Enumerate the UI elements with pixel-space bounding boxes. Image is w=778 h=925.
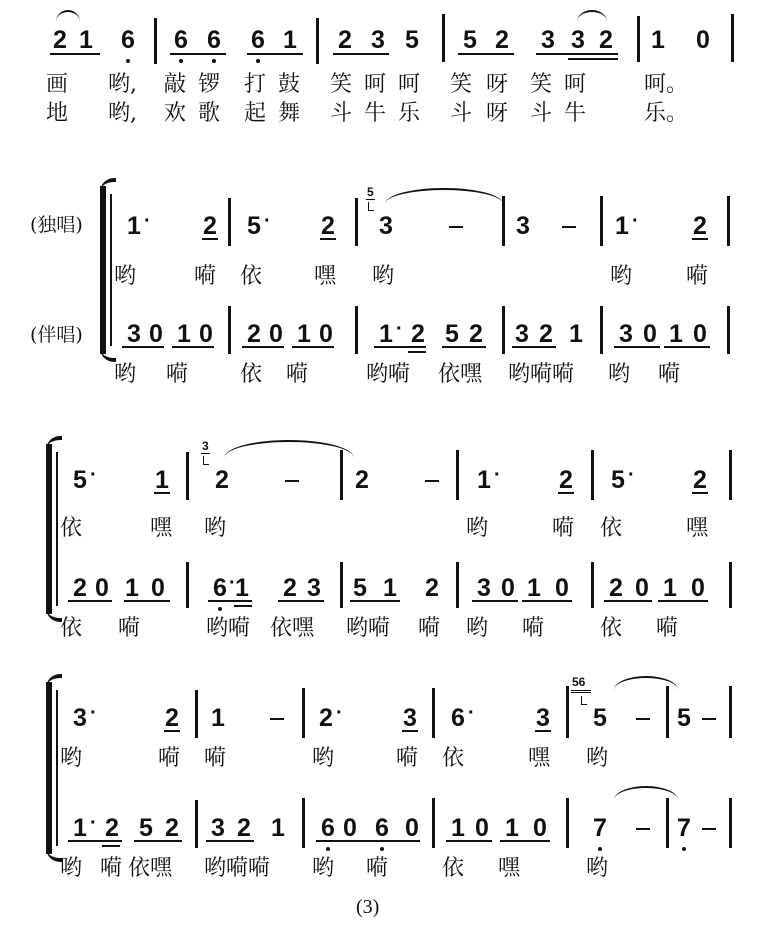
extension-dash: [285, 480, 299, 482]
note: 2: [316, 704, 336, 732]
barline: [502, 196, 505, 246]
lyric: 嗬: [194, 264, 216, 290]
underline: [292, 346, 334, 348]
lyric: 哟: [466, 516, 488, 542]
underline: [234, 605, 252, 607]
grace-underline: [571, 692, 591, 693]
note: 0: [472, 814, 492, 842]
augmentation-dot: ·: [90, 702, 97, 725]
note: 2: [50, 26, 70, 54]
underline: [102, 845, 120, 847]
lyric: 舞: [278, 101, 300, 127]
note: 5: [442, 320, 462, 348]
barline: [729, 562, 732, 608]
underline: [446, 840, 492, 842]
note: 2: [162, 814, 182, 842]
lyric: 牛: [564, 101, 586, 127]
lyric: 嗬: [366, 856, 388, 882]
system-bracket: [100, 186, 106, 354]
lyric: 锣: [198, 72, 220, 98]
grace-underline: [571, 690, 591, 691]
underline: [208, 600, 252, 602]
underline: [472, 600, 518, 602]
lyric: 依: [60, 516, 82, 542]
lyric: 哟: [312, 746, 334, 772]
note: 5: [590, 704, 610, 732]
lyric: 斗: [530, 101, 552, 127]
lyric: 乐。: [644, 101, 688, 127]
grace-hook: [368, 202, 374, 211]
underline: [242, 346, 284, 348]
note: 2: [556, 466, 576, 494]
barline: [228, 306, 231, 354]
lyric: 地: [46, 101, 68, 127]
barline: [727, 196, 730, 246]
barline: [600, 306, 603, 354]
lyric: 哟嗬: [206, 616, 250, 642]
note: 0: [632, 574, 652, 602]
note: 0: [552, 574, 572, 602]
note: 1: [208, 704, 228, 732]
lyric: 嗬: [118, 616, 140, 642]
lyric: 哟: [586, 856, 608, 882]
lyric: 哟,: [108, 101, 137, 127]
underline: [374, 346, 426, 348]
note: 5: [674, 704, 694, 732]
underline: [536, 53, 618, 55]
barline: [731, 14, 734, 62]
lyric: 依: [442, 856, 464, 882]
barline: [316, 18, 319, 64]
grace-hook: [581, 696, 587, 705]
lyric: 乐: [398, 101, 420, 127]
lyric: 嘿: [686, 516, 708, 542]
grace-hook: [203, 456, 209, 465]
lyric: 嘿: [150, 516, 172, 542]
note: 0: [148, 574, 168, 602]
note: 3: [568, 26, 588, 54]
note: 1: [612, 212, 632, 240]
lyric: 嗬: [396, 746, 418, 772]
lyric: 嗬: [552, 516, 574, 542]
note: 3: [538, 26, 558, 54]
underline: [614, 346, 660, 348]
tie: [385, 188, 503, 204]
note: 5: [350, 574, 370, 602]
lyric: 呵: [398, 72, 420, 98]
lyric: 哟,: [108, 72, 137, 98]
lyric: 嗬: [158, 746, 180, 772]
part-label-solo: (独唱): [30, 210, 83, 237]
barline: [666, 686, 669, 738]
lyric: 依嘿: [438, 362, 482, 388]
extension-dash: [636, 828, 650, 830]
lyric: 哟: [466, 616, 488, 642]
lyric: 敲: [164, 72, 186, 98]
note: 1: [232, 574, 252, 602]
lyric: 画: [46, 72, 68, 98]
extension-dash: [636, 718, 650, 720]
lyric: 哟: [372, 264, 394, 290]
lyric: 笑: [530, 72, 552, 98]
augmentation-dot: ·: [336, 702, 343, 725]
barline: [591, 562, 594, 608]
note: 0: [498, 574, 518, 602]
note: 0: [146, 320, 166, 348]
barline: [456, 450, 459, 500]
note: 3: [124, 320, 144, 348]
note: 1: [648, 26, 668, 54]
underline: [68, 840, 122, 842]
barline: [600, 196, 603, 246]
note: 6: [171, 26, 191, 54]
barline: [186, 452, 189, 500]
lyric: 哟嗬嗬: [508, 362, 574, 388]
note: 0: [402, 814, 422, 842]
lyric: 嗬: [418, 616, 440, 642]
note: 1: [124, 212, 144, 240]
note: 2: [422, 574, 442, 602]
note: 3: [368, 26, 388, 54]
note: 2: [102, 814, 122, 842]
lyric: 哟: [312, 856, 334, 882]
note: 0: [316, 320, 336, 348]
note: 1: [524, 574, 544, 602]
underline: [206, 840, 254, 842]
barline: [566, 686, 569, 738]
underline: [692, 492, 708, 494]
note: 3: [533, 704, 553, 732]
lyric: 依: [240, 362, 262, 388]
barline: [154, 18, 157, 64]
augmentation-dot: ·: [264, 210, 271, 233]
lyric: 嘿: [314, 264, 336, 290]
barline: [432, 798, 435, 848]
barline: [195, 800, 198, 848]
underline: [458, 53, 514, 55]
augmentation-dot: ·: [144, 210, 151, 233]
note: 3: [616, 320, 636, 348]
underline: [316, 840, 420, 842]
barline: [591, 450, 594, 500]
lyric: 嗬: [100, 856, 122, 882]
note: 6: [204, 26, 224, 54]
note: 1: [268, 814, 288, 842]
note: 6: [318, 814, 338, 842]
lyric: 笑: [330, 72, 352, 98]
note: 3: [474, 574, 494, 602]
note: 0: [92, 574, 112, 602]
note: 2: [244, 320, 264, 348]
barline: [355, 198, 358, 246]
note: 2: [200, 212, 220, 240]
extension-dash: [270, 718, 284, 720]
note: 3: [70, 704, 90, 732]
barline: [186, 562, 189, 608]
note: 0: [690, 320, 710, 348]
underline: [558, 492, 574, 494]
underline: [522, 600, 572, 602]
note: 0: [688, 574, 708, 602]
underline: [350, 600, 400, 602]
barline: [637, 16, 640, 62]
note: 1: [122, 574, 142, 602]
note: 2: [234, 814, 254, 842]
lyric: 斗: [450, 101, 472, 127]
lyric: 依: [442, 746, 464, 772]
underline: [408, 351, 426, 353]
underline: [122, 346, 164, 348]
note: 3: [513, 212, 533, 240]
note: 6: [248, 26, 268, 54]
lyric: 哟: [60, 856, 82, 882]
lyric: 依: [240, 264, 262, 290]
augmentation-dot: ·: [90, 812, 97, 835]
underline: [50, 53, 100, 55]
underline: [333, 53, 389, 55]
note: 6: [448, 704, 468, 732]
underline: [442, 346, 486, 348]
note: 0: [340, 814, 360, 842]
tie: [224, 440, 354, 458]
lyric: 嗬: [204, 746, 226, 772]
note: 1: [448, 814, 468, 842]
lyric: 哟: [608, 362, 630, 388]
grace-note: 56: [572, 676, 585, 688]
lyric: 依嘿: [128, 856, 172, 882]
augmentation-dot: ·: [90, 464, 97, 487]
underline: [604, 600, 652, 602]
note: 3: [376, 212, 396, 240]
underline: [247, 53, 303, 55]
page-number: (3): [356, 896, 379, 919]
barline: [729, 686, 732, 738]
lyric: 哟: [586, 746, 608, 772]
underline: [154, 492, 170, 494]
underline: [170, 53, 226, 55]
underline: [500, 840, 550, 842]
underline: [320, 238, 336, 240]
note: 2: [606, 574, 626, 602]
barline: [302, 688, 305, 738]
note: 0: [693, 26, 713, 54]
underline: [278, 600, 324, 602]
barline: [355, 306, 358, 354]
lyric: 斗: [330, 101, 352, 127]
barline: [442, 14, 445, 62]
note: 5: [608, 466, 628, 494]
note: 5: [244, 212, 264, 240]
lyric: 哟嗬: [346, 616, 390, 642]
note: 2: [335, 26, 355, 54]
lyric: 哟: [114, 264, 136, 290]
barline: [432, 688, 435, 738]
underline: [172, 346, 214, 348]
barline: [502, 306, 505, 354]
lyric: 依嘿: [270, 616, 314, 642]
note: 6: [372, 814, 392, 842]
underline: [402, 730, 418, 732]
note: 1: [660, 574, 680, 602]
note: 3: [512, 320, 532, 348]
augmentation-dot: ·: [628, 464, 635, 487]
note: 5: [402, 26, 422, 54]
lyric: 嗬: [686, 264, 708, 290]
lyric: 笑: [450, 72, 472, 98]
barline: [302, 798, 305, 848]
note: 1: [566, 320, 586, 348]
note: 2: [596, 26, 616, 54]
note: 1: [280, 26, 300, 54]
lyric: 嗬: [166, 362, 188, 388]
lyric: 哟: [610, 264, 632, 290]
note: 1: [294, 320, 314, 348]
note: 2: [408, 320, 428, 348]
note: 1: [474, 466, 494, 494]
extension-dash: [425, 480, 439, 482]
note: 5: [460, 26, 480, 54]
lyric: 嗬: [656, 616, 678, 642]
grace-underline: [201, 453, 210, 454]
barline: [729, 798, 732, 848]
underline: [164, 730, 180, 732]
augmentation-dot: ·: [632, 210, 639, 233]
lyric: 依: [60, 616, 82, 642]
lyric: 歌: [198, 101, 220, 127]
augmentation-dot: ·: [468, 702, 475, 725]
note: 7: [590, 814, 610, 842]
note: 2: [690, 466, 710, 494]
extension-dash: [702, 718, 716, 720]
extension-dash: [702, 828, 716, 830]
system-bracket: [46, 682, 52, 854]
note: 2: [466, 320, 486, 348]
lyric: 嘿: [528, 746, 550, 772]
lyric: 嗬: [286, 362, 308, 388]
lyric: 鼓: [278, 72, 300, 98]
underline: [535, 730, 551, 732]
grace-note: 5: [367, 186, 374, 198]
underline: [124, 600, 170, 602]
note: 3: [400, 704, 420, 732]
note: 5: [70, 466, 90, 494]
note: 2: [536, 320, 556, 348]
underline: [134, 840, 182, 842]
note: 0: [640, 320, 660, 348]
extension-dash: [449, 226, 463, 228]
note: 2: [690, 212, 710, 240]
lyric: 哟: [60, 746, 82, 772]
note: 1: [380, 574, 400, 602]
underline: [568, 58, 618, 60]
note: 2: [318, 212, 338, 240]
system-bracket: [46, 444, 52, 614]
lyric: 嘿: [498, 856, 520, 882]
lyric: 依: [600, 616, 622, 642]
barline: [666, 798, 669, 848]
note: 1: [76, 26, 96, 54]
lyric: 打: [244, 72, 266, 98]
lyric: 呀: [486, 72, 508, 98]
note: 1: [376, 320, 396, 348]
note: 1: [666, 320, 686, 348]
lyric: 哟嗬嗬: [204, 856, 270, 882]
barline: [729, 450, 732, 500]
note: 7: [674, 814, 694, 842]
lyric: 嗬: [522, 616, 544, 642]
lyric: 呵。: [644, 72, 688, 98]
note: 3: [208, 814, 228, 842]
part-label-chorus: (伴唱): [30, 320, 83, 347]
lyric: 呵: [364, 72, 386, 98]
note: 0: [266, 320, 286, 348]
barline: [456, 562, 459, 608]
note: 2: [70, 574, 90, 602]
lyric: 呵: [564, 72, 586, 98]
note: 2: [162, 704, 182, 732]
note: 0: [196, 320, 216, 348]
augmentation-dot: ·: [494, 464, 501, 487]
note: 1: [152, 466, 172, 494]
lyric: 哟嗬: [366, 362, 410, 388]
lyric: 呀: [486, 101, 508, 127]
grace-underline: [366, 199, 375, 200]
lyric: 依: [600, 516, 622, 542]
underline: [512, 346, 556, 348]
note: 2: [352, 466, 372, 494]
lyric: 起: [244, 101, 266, 127]
barline: [566, 798, 569, 848]
note: 6: [118, 26, 138, 54]
barline: [228, 198, 231, 246]
underline: [202, 238, 218, 240]
lyric: 哟: [204, 516, 226, 542]
lyric: 欢: [164, 101, 186, 127]
barline: [727, 306, 730, 354]
note: 1: [502, 814, 522, 842]
underline: [68, 600, 112, 602]
lyric: 哟: [114, 362, 136, 388]
barline: [340, 562, 343, 608]
slur: [56, 10, 80, 22]
grace-note: 3: [202, 440, 209, 452]
note: 3: [304, 574, 324, 602]
underline: [658, 600, 708, 602]
extension-dash: [562, 226, 576, 228]
lyric: 嗬: [658, 362, 680, 388]
note: 0: [530, 814, 550, 842]
note: 6: [210, 574, 230, 602]
augmentation-dot: ·: [396, 318, 403, 341]
note: 5: [136, 814, 156, 842]
slur: [577, 10, 607, 22]
underline: [664, 346, 710, 348]
note: 2: [280, 574, 300, 602]
note: 2: [212, 466, 232, 494]
underline: [692, 238, 708, 240]
lyric: 牛: [364, 101, 386, 127]
note: 1: [174, 320, 194, 348]
barline: [195, 690, 198, 738]
note: 1: [70, 814, 90, 842]
note: 2: [492, 26, 512, 54]
barline: [340, 450, 343, 500]
